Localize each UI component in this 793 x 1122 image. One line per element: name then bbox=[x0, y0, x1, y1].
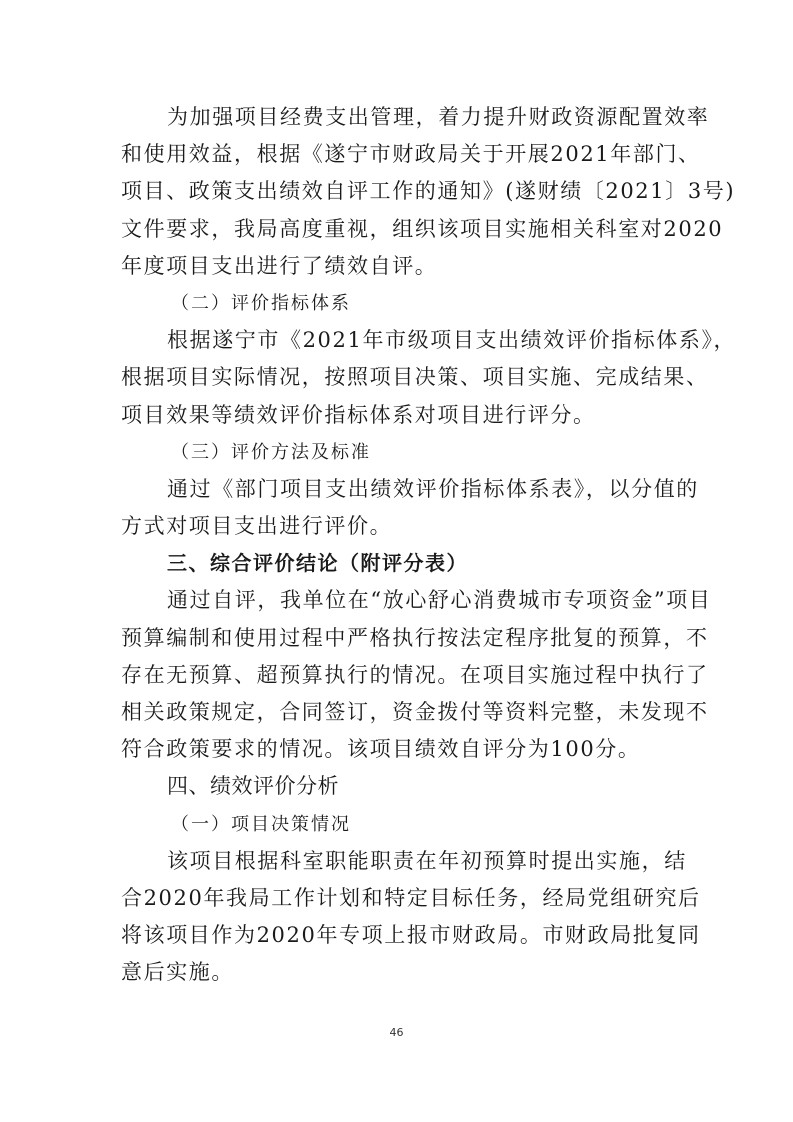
text-line: 和使用效益，根据《遂宁市财政局关于开展2021年部门、 bbox=[121, 136, 673, 173]
text-line: 为加强项目经费支出管理，着力提升财政资源配置效率 bbox=[121, 99, 673, 136]
text-line: 文件要求，我局高度重视，组织该项目实施相关科室对2020 bbox=[121, 211, 673, 248]
text-line: 意后实施。 bbox=[121, 954, 673, 991]
heading-comprehensive-conclusion: 三、综合评价结论（附评分表） bbox=[121, 545, 673, 582]
text-line: 通过自评，我单位在“放心舒心消费城市专项资金”项目 bbox=[121, 582, 673, 619]
paragraph-intro: 为加强项目经费支出管理，着力提升财政资源配置效率 和使用效益，根据《遂宁市财政局… bbox=[121, 99, 673, 285]
paragraph-conclusion: 通过自评，我单位在“放心舒心消费城市专项资金”项目 预算编制和使用过程中严格执行… bbox=[121, 582, 673, 768]
text-line: 符合政策要求的情况。该项目绩效自评分为100分。 bbox=[121, 731, 673, 768]
paragraph-evaluation-method: 通过《部门项目支出绩效评价指标体系表》，以分值的 方式对项目支出进行评价。 bbox=[121, 471, 673, 545]
heading-performance-analysis: 四、绩效评价分析 bbox=[121, 768, 673, 805]
subheading-evaluation-index-system: （二）评价指标体系 bbox=[121, 285, 673, 322]
document-page: 为加强项目经费支出管理，着力提升财政资源配置效率 和使用效益，根据《遂宁市财政局… bbox=[121, 99, 673, 992]
text-line: 通过《部门项目支出绩效评价指标体系表》，以分值的 bbox=[121, 471, 673, 508]
text-line: 项目、政策支出绩效自评工作的通知》(遂财绩〔2021〕3号) bbox=[121, 173, 673, 210]
text-line: 相关政策规定，合同签订，资金拨付等资料完整，未发现不 bbox=[121, 694, 673, 731]
text-line: 合2020年我局工作计划和特定目标任务，经局党组研究后 bbox=[121, 880, 673, 917]
paragraph-project-decision: 该项目根据科室职能职责在年初预算时提出实施，结 合2020年我局工作计划和特定目… bbox=[121, 843, 673, 992]
text-line: 方式对项目支出进行评价。 bbox=[121, 508, 673, 545]
text-line: 年度项目支出进行了绩效自评。 bbox=[121, 248, 673, 285]
text-line: 该项目根据科室职能职责在年初预算时提出实施，结 bbox=[121, 843, 673, 880]
subheading-evaluation-method: （三）评价方法及标准 bbox=[121, 434, 673, 471]
page-number: 46 bbox=[0, 1026, 793, 1039]
text-line: 将该项目作为2020年专项上报市财政局。市财政局批复同 bbox=[121, 917, 673, 954]
paragraph-index-system: 根据遂宁市《2021年市级项目支出绩效评价指标体系》， 根据项目实际情况，按照项… bbox=[121, 322, 673, 434]
text-line: 存在无预算、超预算执行的情况。在项目实施过程中执行了 bbox=[121, 657, 673, 694]
text-line: 项目效果等绩效评价指标体系对项目进行评分。 bbox=[121, 397, 673, 434]
text-line: 预算编制和使用过程中严格执行按法定程序批复的预算，不 bbox=[121, 620, 673, 657]
text-line: 根据遂宁市《2021年市级项目支出绩效评价指标体系》， bbox=[121, 322, 673, 359]
subheading-project-decision: （一）项目决策情况 bbox=[121, 806, 673, 843]
text-line: 根据项目实际情况，按照项目决策、项目实施、完成结果、 bbox=[121, 359, 673, 396]
